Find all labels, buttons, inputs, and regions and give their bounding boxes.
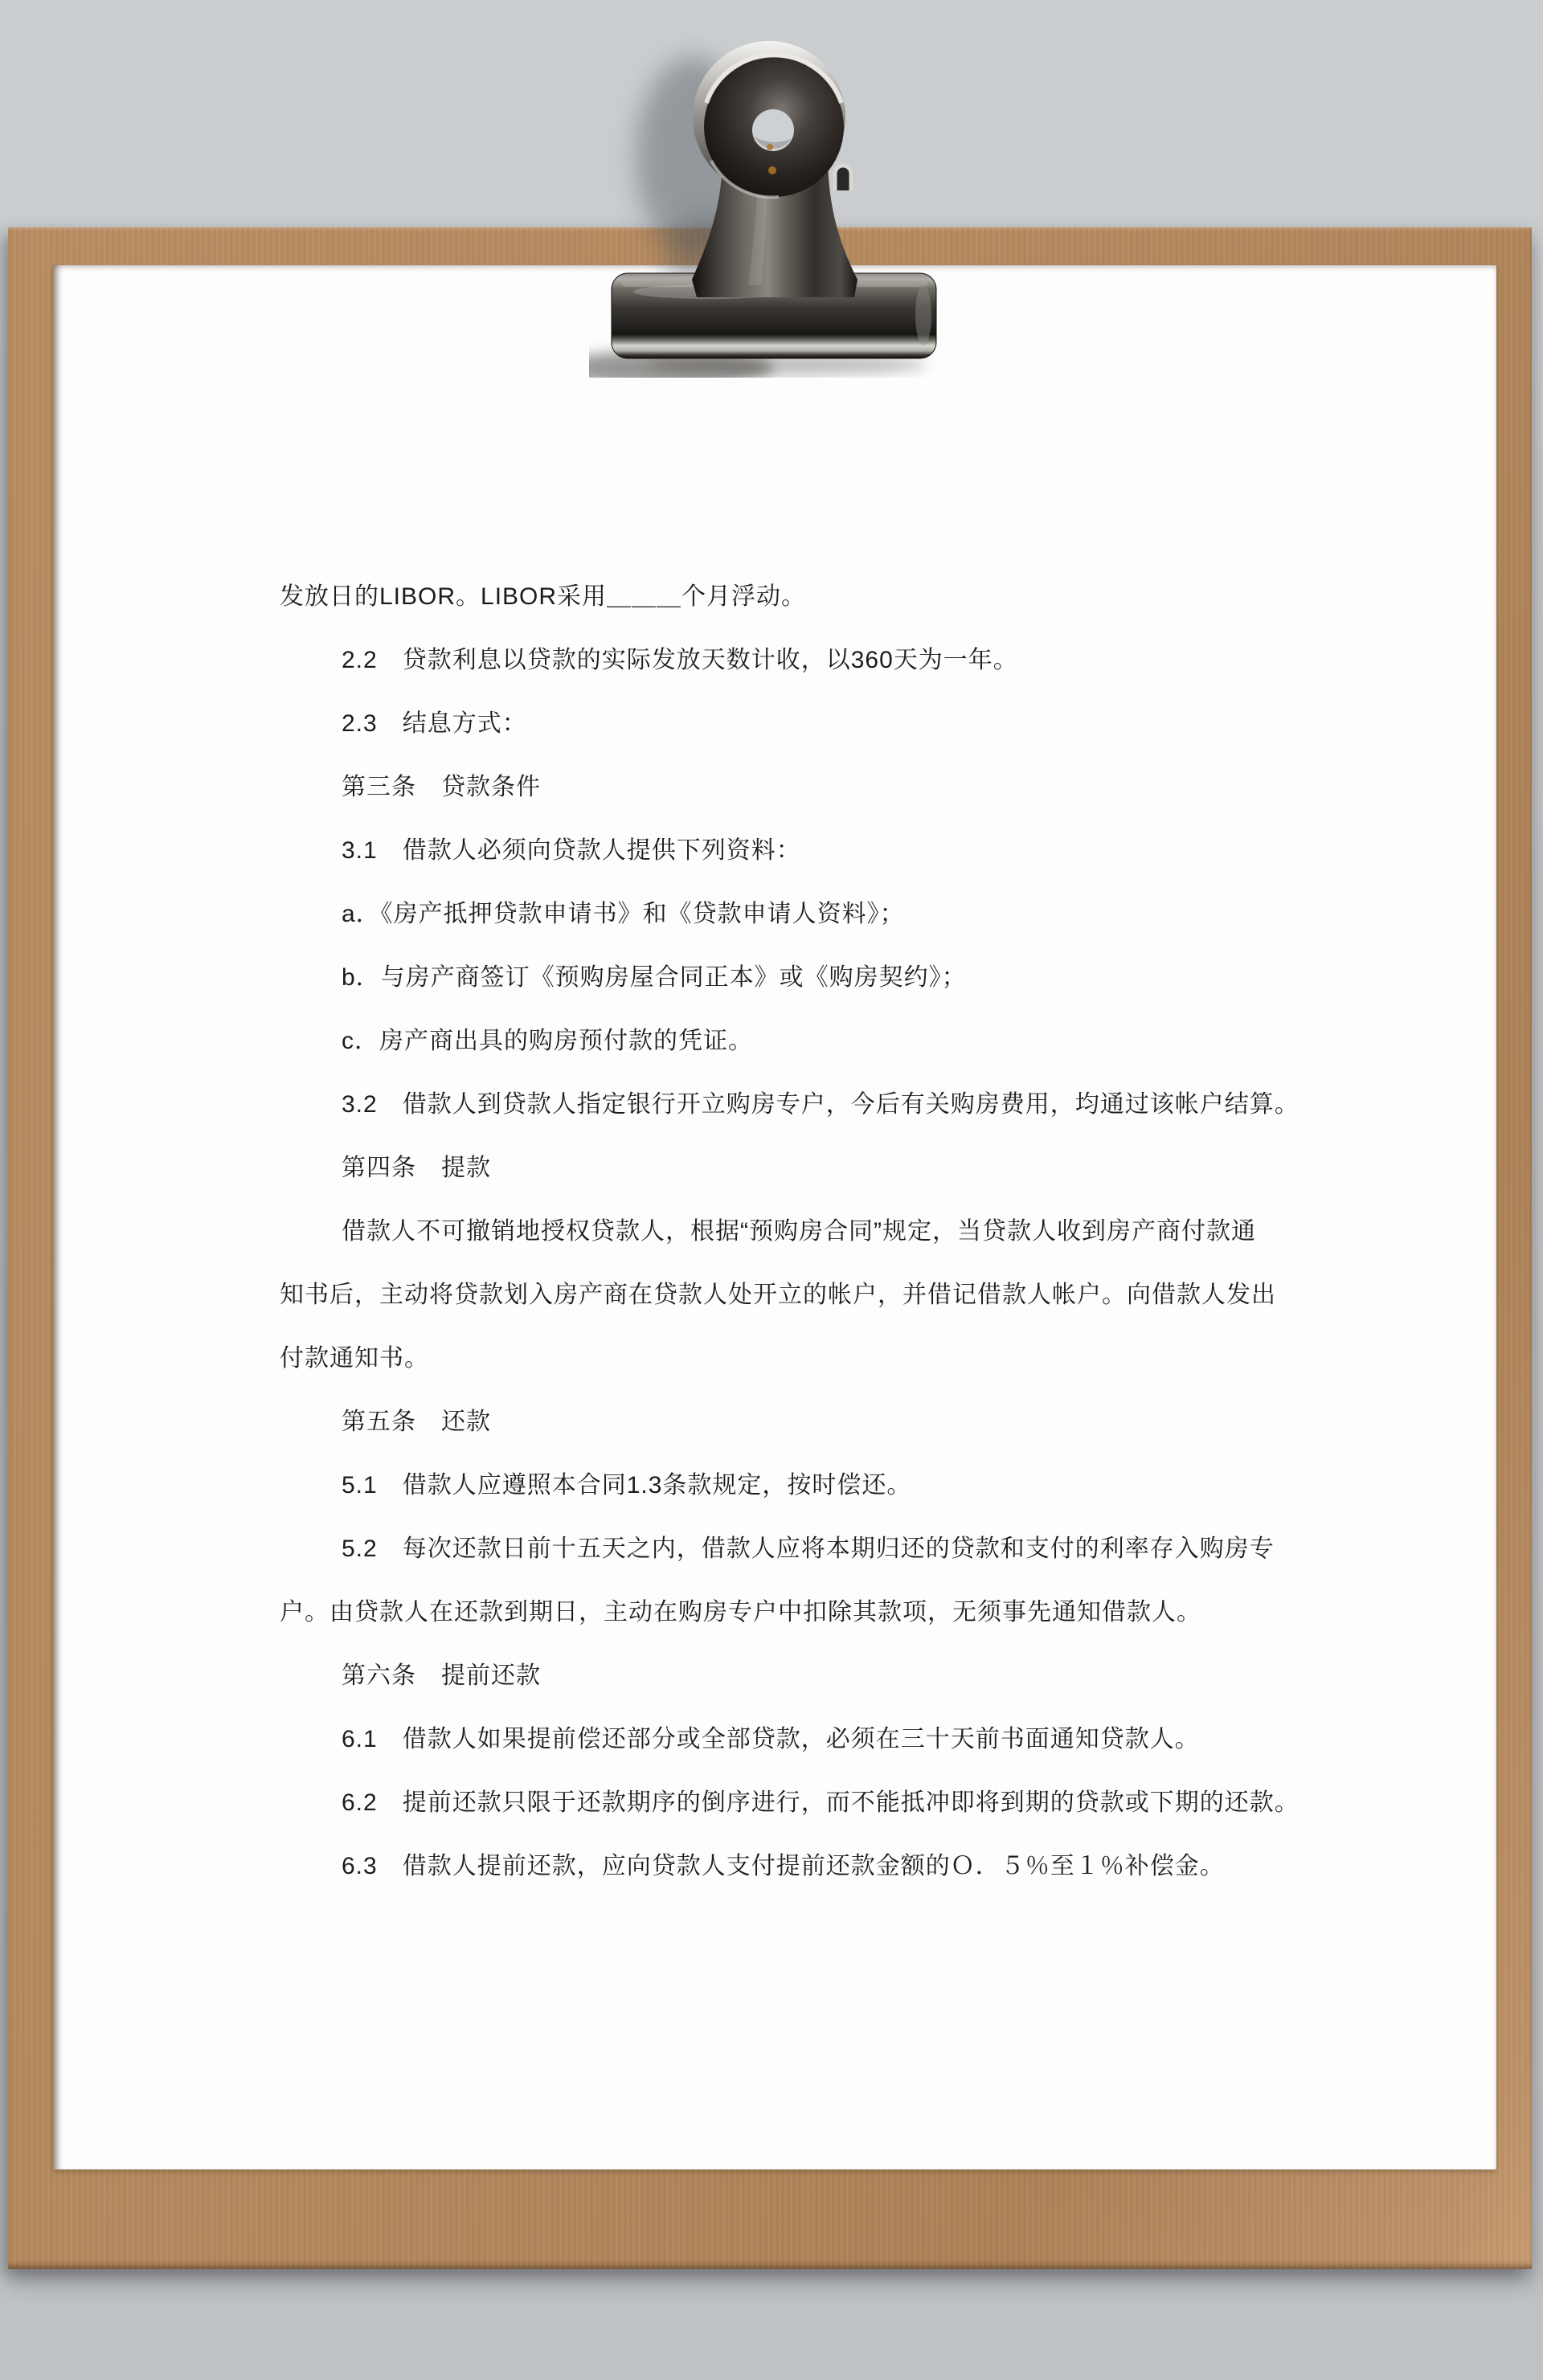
document-line: 2.3 结息方式：	[280, 692, 1421, 755]
document-line: 3.1 借款人必须向贷款人提供下列资料：	[280, 819, 1421, 882]
document-line: 第四条 提款	[280, 1136, 1421, 1200]
clip-wire-handle	[835, 166, 851, 190]
document-line: a．《房产抵押贷款申请书》和《贷款申请人资料》；	[280, 882, 1421, 946]
document-line: 第三条 贷款条件	[280, 755, 1421, 819]
document-line: 第五条 还款	[280, 1390, 1421, 1454]
document-line: 知书后，主动将贷款划入房产商在贷款人处开立的帐户，并借记借款人帐户。向借款人发出	[280, 1263, 1421, 1327]
document-line: 5.1 借款人应遵照本合同1.3条款规定，按时偿还。	[280, 1454, 1421, 1517]
document-line: 借款人不可撤销地授权贷款人，根据“预购房合同”规定，当贷款人收到房产商付款通	[280, 1200, 1421, 1263]
document-line: 户。由贷款人在还款到期日，主动在购房专户中扣除其款项，无须事先通知借款人。	[280, 1581, 1421, 1644]
document-line: 发放日的LIBOR。LIBOR采用＿＿＿个月浮动。	[280, 565, 1421, 628]
document-line: b．与房产商签订《预购房屋合同正本》或《购房契约》；	[280, 946, 1421, 1009]
document-line: 2.2 贷款利息以贷款的实际发放天数计收，以360天为一年。	[280, 628, 1421, 692]
document-line: 6.1 借款人如果提前偿还部分或全部贷款，必须在三十天前书面通知贷款人。	[280, 1707, 1421, 1771]
document-line: 6.2 提前还款只限于还款期序的倒序进行，而不能抵冲即将到期的贷款或下期的还款。	[280, 1771, 1421, 1834]
binder-clip	[589, 32, 959, 378]
document-line: 第六条 提前还款	[280, 1644, 1421, 1707]
document-line: 5.2 每次还款日前十五天之内，借款人应将本期归还的贷款和支付的利率存入购房专	[280, 1517, 1421, 1581]
document-line: 3.2 借款人到贷款人指定银行开立购房专户，今后有关购房费用，均通过该帐户结算。	[280, 1073, 1421, 1136]
document-line: c．房产商出具的购房预付款的凭证。	[280, 1009, 1421, 1073]
contract-paper: 发放日的LIBOR。LIBOR采用＿＿＿个月浮动。2.2 贷款利息以贷款的实际发…	[53, 265, 1496, 2169]
document-line: 6.3 借款人提前还款，应向贷款人支付提前还款金额的Ｏ．５％至１％补偿金。	[280, 1834, 1421, 1898]
photo-background: { "scene": { "description_labels": { "bo…	[0, 0, 1543, 2380]
document-line: 付款通知书。	[280, 1327, 1421, 1390]
contract-text-block: 发放日的LIBOR。LIBOR采用＿＿＿个月浮动。2.2 贷款利息以贷款的实际发…	[280, 565, 1421, 1898]
